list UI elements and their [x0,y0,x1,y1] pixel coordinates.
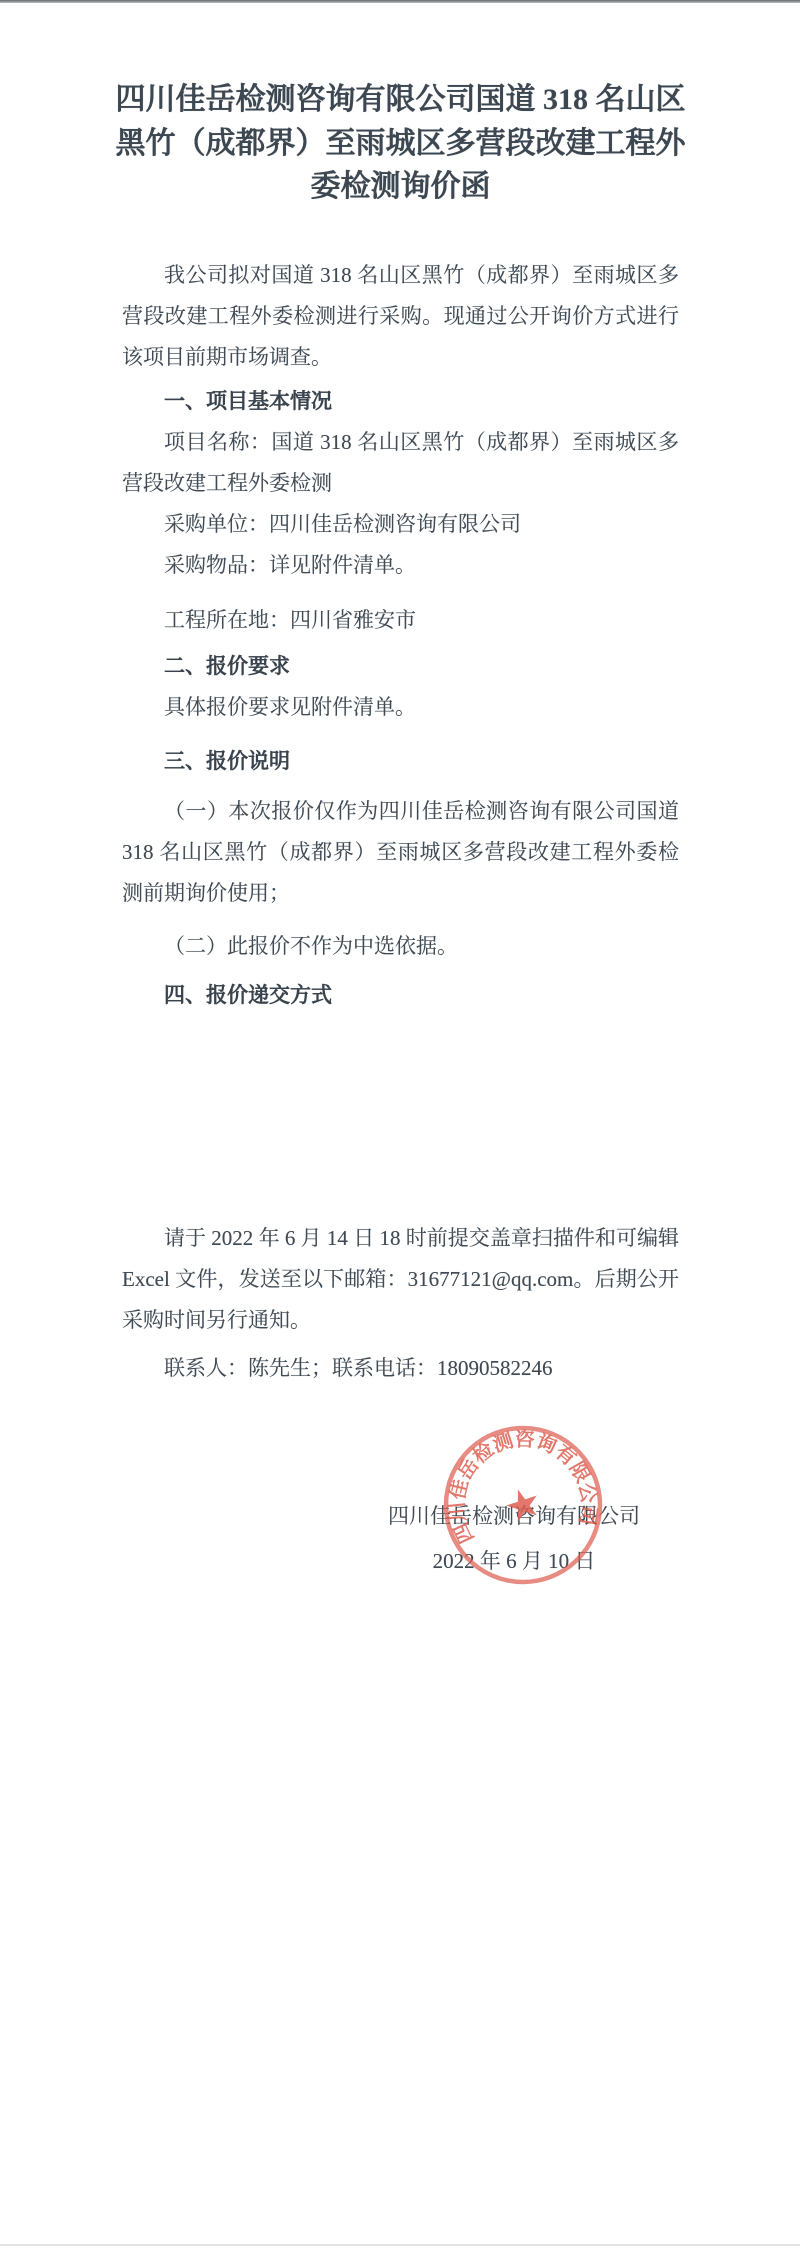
intro-paragraph: 我公司拟对国道 318 名山区黑竹（成都界）至雨城区多营段改建工程外委检测进行采… [122,255,679,378]
document-page: 四川佳岳检测咨询有限公司国道 318 名山区黑竹（成都界）至雨城区多营段改建工程… [122,0,679,1582]
paragraph-quote-requirement: 具体报价要求见附件清单。 [122,687,679,728]
scan-top-edge [0,0,800,3]
paragraph-submission: 请于 2022 年 6 月 14 日 18 时前提交盖章扫描件和可编辑 Exce… [122,1218,679,1341]
title-company: 四川佳岳检测咨询有限公司 [116,83,476,116]
paragraph-location: 工程所在地：四川省雅安市 [122,600,679,641]
paragraph-contact: 联系人：陈先生；联系电话：18090582246 [122,1348,679,1389]
paragraph-project-name: 项目名称：国道 318 名山区黑竹（成都界）至雨城区多营段改建工程外委检测 [122,422,679,504]
paragraph-purchaser: 采购单位：四川佳岳检测咨询有限公司 [122,504,679,545]
section-heading-2: 二、报价要求 [122,646,679,687]
section-heading-4: 四、报价递交方式 [122,975,679,1016]
section-heading-1: 一、项目基本情况 [122,381,679,422]
signature-block: 四川佳岳检测咨询有限公司 2022 年 6 月 10 日 [354,1496,674,1582]
paragraph-note-2: （二）此报价不作为中选依据。 [122,926,679,967]
scan-bottom-edge [0,2244,800,2246]
signature-company: 四川佳岳检测咨询有限公司 [354,1496,674,1537]
signature-date: 2022 年 6 月 10 日 [354,1541,674,1582]
paragraph-note-1: （一）本次报价仅作为四川佳岳检测咨询有限公司国道 318 名山区黑竹（成都界）至… [122,791,679,914]
paragraph-items: 采购物品：详见附件清单。 [122,545,679,586]
section-heading-3: 三、报价说明 [122,741,679,782]
document-title: 四川佳岳检测咨询有限公司国道 318 名山区黑竹（成都界）至雨城区多营段改建工程… [108,78,693,209]
